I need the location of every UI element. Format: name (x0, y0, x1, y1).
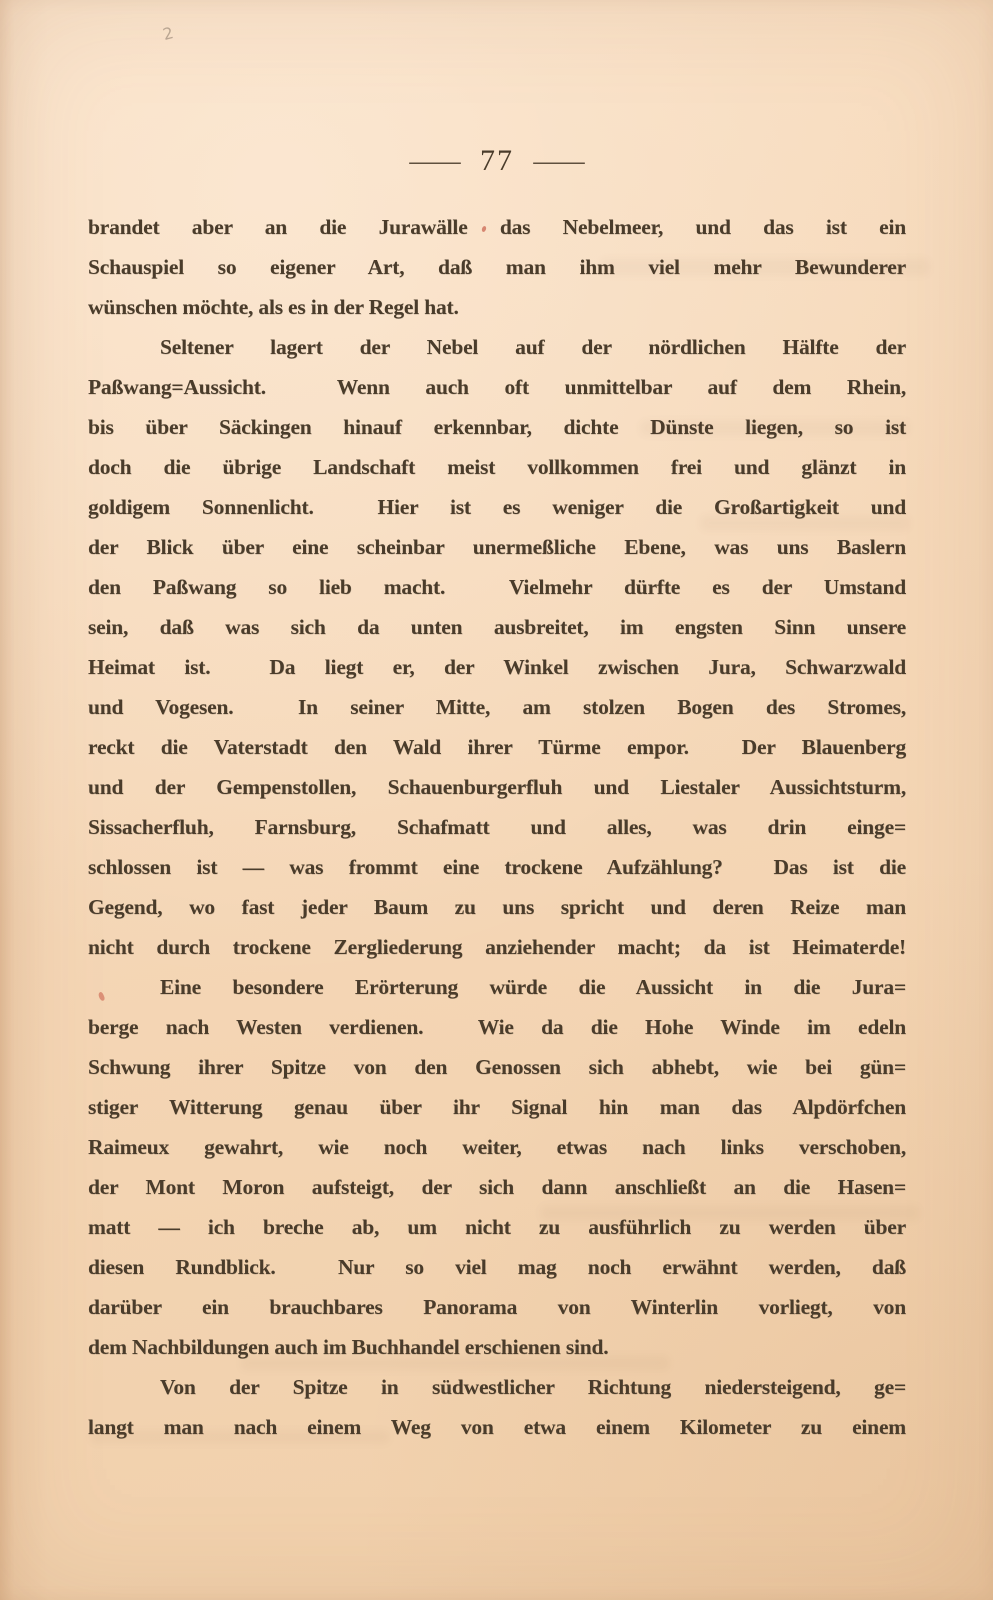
pencil-mark: 2 (161, 23, 175, 44)
text-line-content: der Blick über eine scheinbar unermeßlic… (88, 535, 906, 559)
text-line-content: Eine besondere Erörterung würde die Auss… (160, 975, 906, 999)
text-line-content: sein, daß was sich da unten ausbreitet, … (88, 615, 906, 639)
text-line: Schauspiel so eigener Art, daß man ihm v… (88, 247, 906, 287)
text-line-content: Schwung ihrer Spitze von den Genossen si… (88, 1055, 906, 1079)
text-line: dem Nachbildungen auch im Buchhandel ers… (88, 1327, 906, 1367)
text-line: berge nach Westen verdienen. Wie da die … (88, 1007, 906, 1047)
text-line-content: Heimat ist. Da liegt er, der Winkel zwis… (88, 655, 906, 679)
scanned-book-page: 2 —77— brandet aber an die Jurawälle das… (0, 0, 993, 1600)
text-line: matt — ich breche ab, um nicht zu ausfüh… (88, 1207, 906, 1247)
text-line: Gegend, wo fast jeder Baum zu uns sprich… (88, 887, 906, 927)
text-line-content: langt man nach einem Weg von etwa einem … (88, 1415, 906, 1439)
text-line: Heimat ist. Da liegt er, der Winkel zwis… (88, 647, 906, 687)
text-line: der Mont Moron aufsteigt, der sich dann … (88, 1167, 906, 1207)
text-line-content: bis über Säckingen hinauf erkennbar, dic… (88, 415, 906, 439)
text-line: Paßwang=Aussicht. Wenn auch oft unmittel… (88, 367, 906, 407)
text-line-content: Von der Spitze in südwestlicher Richtung… (160, 1375, 906, 1399)
text-line: Schwung ihrer Spitze von den Genossen si… (88, 1047, 906, 1087)
text-line-content: der Mont Moron aufsteigt, der sich dann … (88, 1175, 906, 1199)
text-line: wünschen möchte, als es in der Regel hat… (88, 287, 906, 327)
text-line: nicht durch trockene Zergliederung anzie… (88, 927, 906, 967)
body-text-block: brandet aber an die Jurawälle das Nebelm… (88, 207, 906, 1447)
text-line-content: Raimeux gewahrt, wie noch weiter, etwas … (88, 1135, 906, 1159)
text-line: diesen Rundblick. Nur so viel mag noch e… (88, 1247, 906, 1287)
text-line: den Paßwang so lieb macht. Vielmehr dürf… (88, 567, 906, 607)
text-line-content: Sissacherfluh, Farnsburg, Schafmatt und … (88, 815, 906, 839)
page-number: 77 (480, 144, 514, 177)
header-dash-right: — (534, 140, 585, 182)
text-line-content: darüber ein brauchbares Panorama von Win… (88, 1295, 906, 1319)
text-line: sein, daß was sich da unten ausbreitet, … (88, 607, 906, 647)
text-line-content: den Paßwang so lieb macht. Vielmehr dürf… (88, 575, 906, 599)
text-line: reckt die Vaterstadt den Wald ihrer Türm… (88, 727, 906, 767)
text-line: Seltener lagert der Nebel auf der nördli… (88, 327, 906, 367)
text-line-content: wünschen möchte, als es in der Regel hat… (88, 295, 459, 319)
text-line: brandet aber an die Jurawälle das Nebelm… (88, 207, 906, 247)
text-line: stiger Witterung genau über ihr Signal h… (88, 1087, 906, 1127)
text-line-content: berge nach Westen verdienen. Wie da die … (88, 1015, 906, 1039)
text-line-content: nicht durch trockene Zergliederung anzie… (88, 935, 906, 959)
text-line-content: und Vogesen. In seiner Mitte, am stolzen… (88, 695, 906, 719)
text-line: Sissacherfluh, Farnsburg, Schafmatt und … (88, 807, 906, 847)
text-line-content: brandet aber an die Jurawälle das Nebelm… (88, 215, 906, 239)
text-line: langt man nach einem Weg von etwa einem … (88, 1407, 906, 1447)
text-line: schlossen ist — was frommt eine trockene… (88, 847, 906, 887)
text-line-content: Schauspiel so eigener Art, daß man ihm v… (88, 255, 906, 279)
text-line: Raimeux gewahrt, wie noch weiter, etwas … (88, 1127, 906, 1167)
text-line-content: diesen Rundblick. Nur so viel mag noch e… (88, 1255, 906, 1279)
header-dash-left: — (410, 140, 461, 182)
text-line: und Vogesen. In seiner Mitte, am stolzen… (88, 687, 906, 727)
text-line-content: und der Gempenstollen, Schauenburgerfluh… (88, 775, 906, 799)
text-line-content: Seltener lagert der Nebel auf der nördli… (160, 335, 906, 359)
text-line: Eine besondere Erörterung würde die Auss… (88, 967, 906, 1007)
text-line-content: dem Nachbildungen auch im Buchhandel ers… (88, 1335, 608, 1359)
text-line: bis über Säckingen hinauf erkennbar, dic… (88, 407, 906, 447)
text-line: darüber ein brauchbares Panorama von Win… (88, 1287, 906, 1327)
text-line-content: Gegend, wo fast jeder Baum zu uns sprich… (88, 895, 906, 919)
text-line-content: schlossen ist — was frommt eine trockene… (88, 855, 906, 879)
text-line-content: Paßwang=Aussicht. Wenn auch oft unmittel… (88, 375, 906, 399)
text-line: Von der Spitze in südwestlicher Richtung… (88, 1367, 906, 1407)
text-line-content: goldigem Sonnenlicht. Hier ist es wenige… (88, 495, 906, 519)
text-line: doch die übrige Landschaft meist vollkom… (88, 447, 906, 487)
text-line: der Blick über eine scheinbar unermeßlic… (88, 527, 906, 567)
text-line-content: reckt die Vaterstadt den Wald ihrer Türm… (88, 735, 906, 759)
text-line: und der Gempenstollen, Schauenburgerfluh… (88, 767, 906, 807)
text-line-content: doch die übrige Landschaft meist vollkom… (88, 455, 906, 479)
text-line-content: matt — ich breche ab, um nicht zu ausfüh… (88, 1215, 906, 1239)
text-line: goldigem Sonnenlicht. Hier ist es wenige… (88, 487, 906, 527)
text-line-content: stiger Witterung genau über ihr Signal h… (88, 1095, 906, 1119)
page-header: —77— (88, 140, 906, 182)
